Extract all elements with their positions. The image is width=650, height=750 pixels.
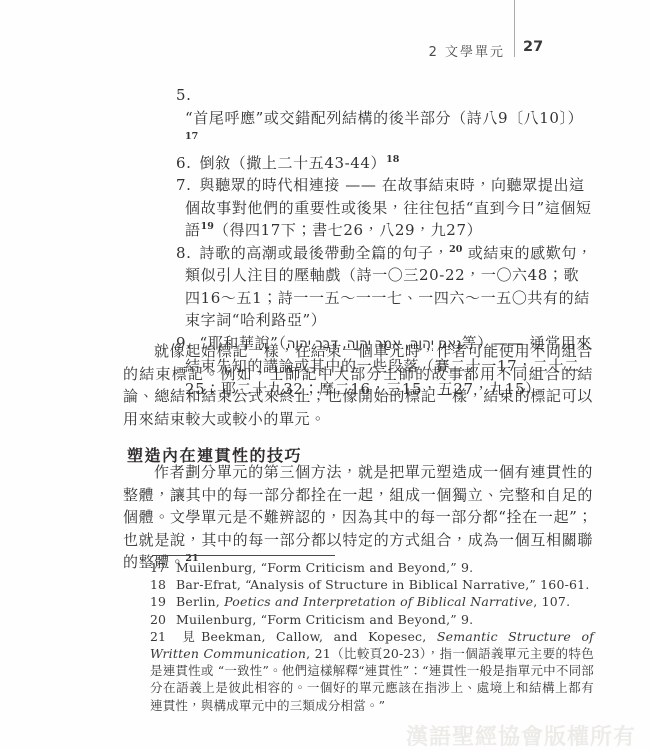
footnotes-block: 17Muilenburg, “Form Criticism and Beyond… [150,559,594,714]
footnote-text: Muilenburg, “Form Criticism and Beyond,”… [176,560,473,575]
footnote-number: 21 [150,628,176,645]
book-page: 2 文學單元 27 5.“首尾呼應”或交錯配列結構的後半部分（詩八9〔八10〕）… [0,0,650,750]
body-paragraph-1: 就像起始標記一樣，在結束一個單元時，作者可能使用不同組合的結束標記。例如，士師記… [123,340,593,430]
footnote-book-title: Poetics and Interpretation of Biblical N… [224,594,533,609]
footnote-text: Muilenburg, “Form Criticism and Beyond,”… [176,612,473,627]
list-item-text: “首尾呼應”或交錯配列結構的後半部分（詩八9〔八10〕） [185,109,583,127]
body-paragraph-2: 作者劃分單元的第三個方法，就是把單元塑造成一個有連貫性的整體，讓其中的每一部分都… [123,461,593,574]
footnote-20: 20Muilenburg, “Form Criticism and Beyond… [150,611,594,628]
header-vertical-rule [514,0,515,57]
footnote-text: , 107. [533,594,570,609]
footnote-ref-18: 18 [386,154,399,165]
list-item-number: 8. [176,244,192,262]
footnote-18: 18Bar-Efrat, “Analysis of Structure in B… [150,576,594,593]
footnote-ref-20: 20 [449,244,462,255]
running-head-chapter: 2 文學單元 [429,41,505,60]
list-item-number: 5. [176,86,192,104]
page-number: 27 [523,39,543,55]
list-item-text: 倒敘（撒上二十五43-44） [200,154,387,172]
footnote-17: 17Muilenburg, “Form Criticism and Beyond… [150,559,594,576]
footnote-separator-rule [152,555,335,556]
footnote-19: 19Berlin, Poetics and Interpretation of … [150,593,594,610]
footnote-ref-17: 17 [185,131,198,142]
footnote-number: 18 [150,576,176,593]
footnote-number: 20 [150,611,176,628]
footnote-number: 19 [150,593,176,610]
list-item-number: 6. [176,154,192,172]
footnote-21: 21見Beekman, Callow, and Kopesec, Semanti… [150,628,594,714]
footnote-text: Bar-Efrat, “Analysis of Structure in Bib… [176,577,590,592]
list-item-5: 5.“首尾呼應”或交錯配列結構的後半部分（詩八9〔八10〕）17 [176,84,593,152]
list-item-number: 7. [176,176,192,194]
footnote-text: Berlin, [176,594,224,609]
footnote-text: 見Beekman, Callow, and Kopesec, [176,629,437,644]
publisher-watermark: 漢語聖經協會版權所有 [406,720,636,750]
footnote-ref-19: 19 [201,221,214,232]
list-item-7: 7.與聽眾的時代相連接 —— 在故事結束時，向聽眾提出這個故事對他們的重要性或後… [176,174,593,242]
list-item-6: 6.倒敘（撒上二十五43-44）18 [176,152,593,175]
list-item-text: 詩歌的高潮或最後帶動全篇的句子， [200,244,450,262]
list-item-8: 8.詩歌的高潮或最後帶動全篇的句子，20 或結束的感歎句，類似引人注目的壓軸戲（… [176,242,593,332]
list-item-text: （得四17下；書七26，八29，九27） [214,221,482,239]
footnote-number: 17 [150,559,176,576]
